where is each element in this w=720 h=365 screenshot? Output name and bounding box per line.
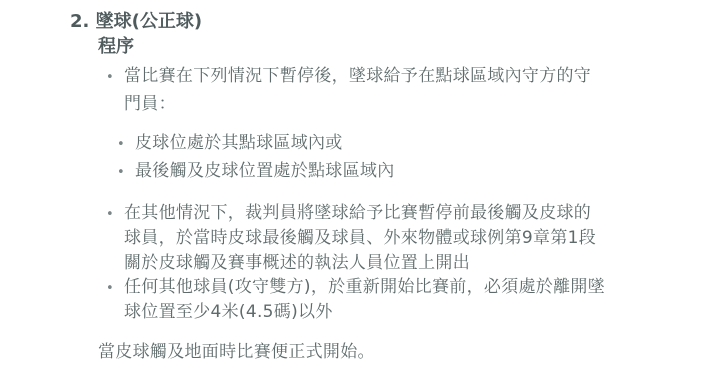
sub-bullet-icon: • bbox=[117, 161, 125, 185]
bullet-3-line-1: 任何其他球員(攻守雙方)，於重新開始比賽前，必須處於離開墜 bbox=[124, 275, 605, 299]
bullet-2-line-1: 在其他情況下，裁判員將墜球給予比賽暫停前最後觸及皮球的 bbox=[124, 201, 591, 225]
bullet-2-line-2: 球員，於當時皮球最後觸及球員、外來物體或球例第9章第1段 bbox=[124, 226, 596, 250]
section-subheading: 程序 bbox=[98, 35, 134, 59]
bullet-icon: • bbox=[106, 66, 114, 90]
bullet-1-line-1: 當比賽在下列情況下暫停後，墜球給予在點球區域內守方的守 bbox=[124, 64, 591, 88]
section-heading: 2. 墜球(公正球) bbox=[70, 10, 202, 34]
bullet-3-line-2: 球位置至少4米(4.5碼)以外 bbox=[124, 300, 333, 324]
bullet-icon: • bbox=[106, 203, 114, 227]
bullet-1-line-2: 門員： bbox=[124, 92, 176, 116]
closing-text: 當皮球觸及地面時比賽便正式開始。 bbox=[98, 340, 375, 364]
bullet-2-line-3: 關於皮球觸及賽事概述的執法人員位置上開出 bbox=[124, 251, 470, 275]
sub-bullet-1: 皮球位處於其點球區域內或 bbox=[135, 131, 343, 155]
sub-bullet-icon: • bbox=[117, 133, 125, 157]
bullet-icon: • bbox=[106, 277, 114, 301]
sub-bullet-2: 最後觸及皮球位置處於點球區域內 bbox=[135, 159, 395, 183]
